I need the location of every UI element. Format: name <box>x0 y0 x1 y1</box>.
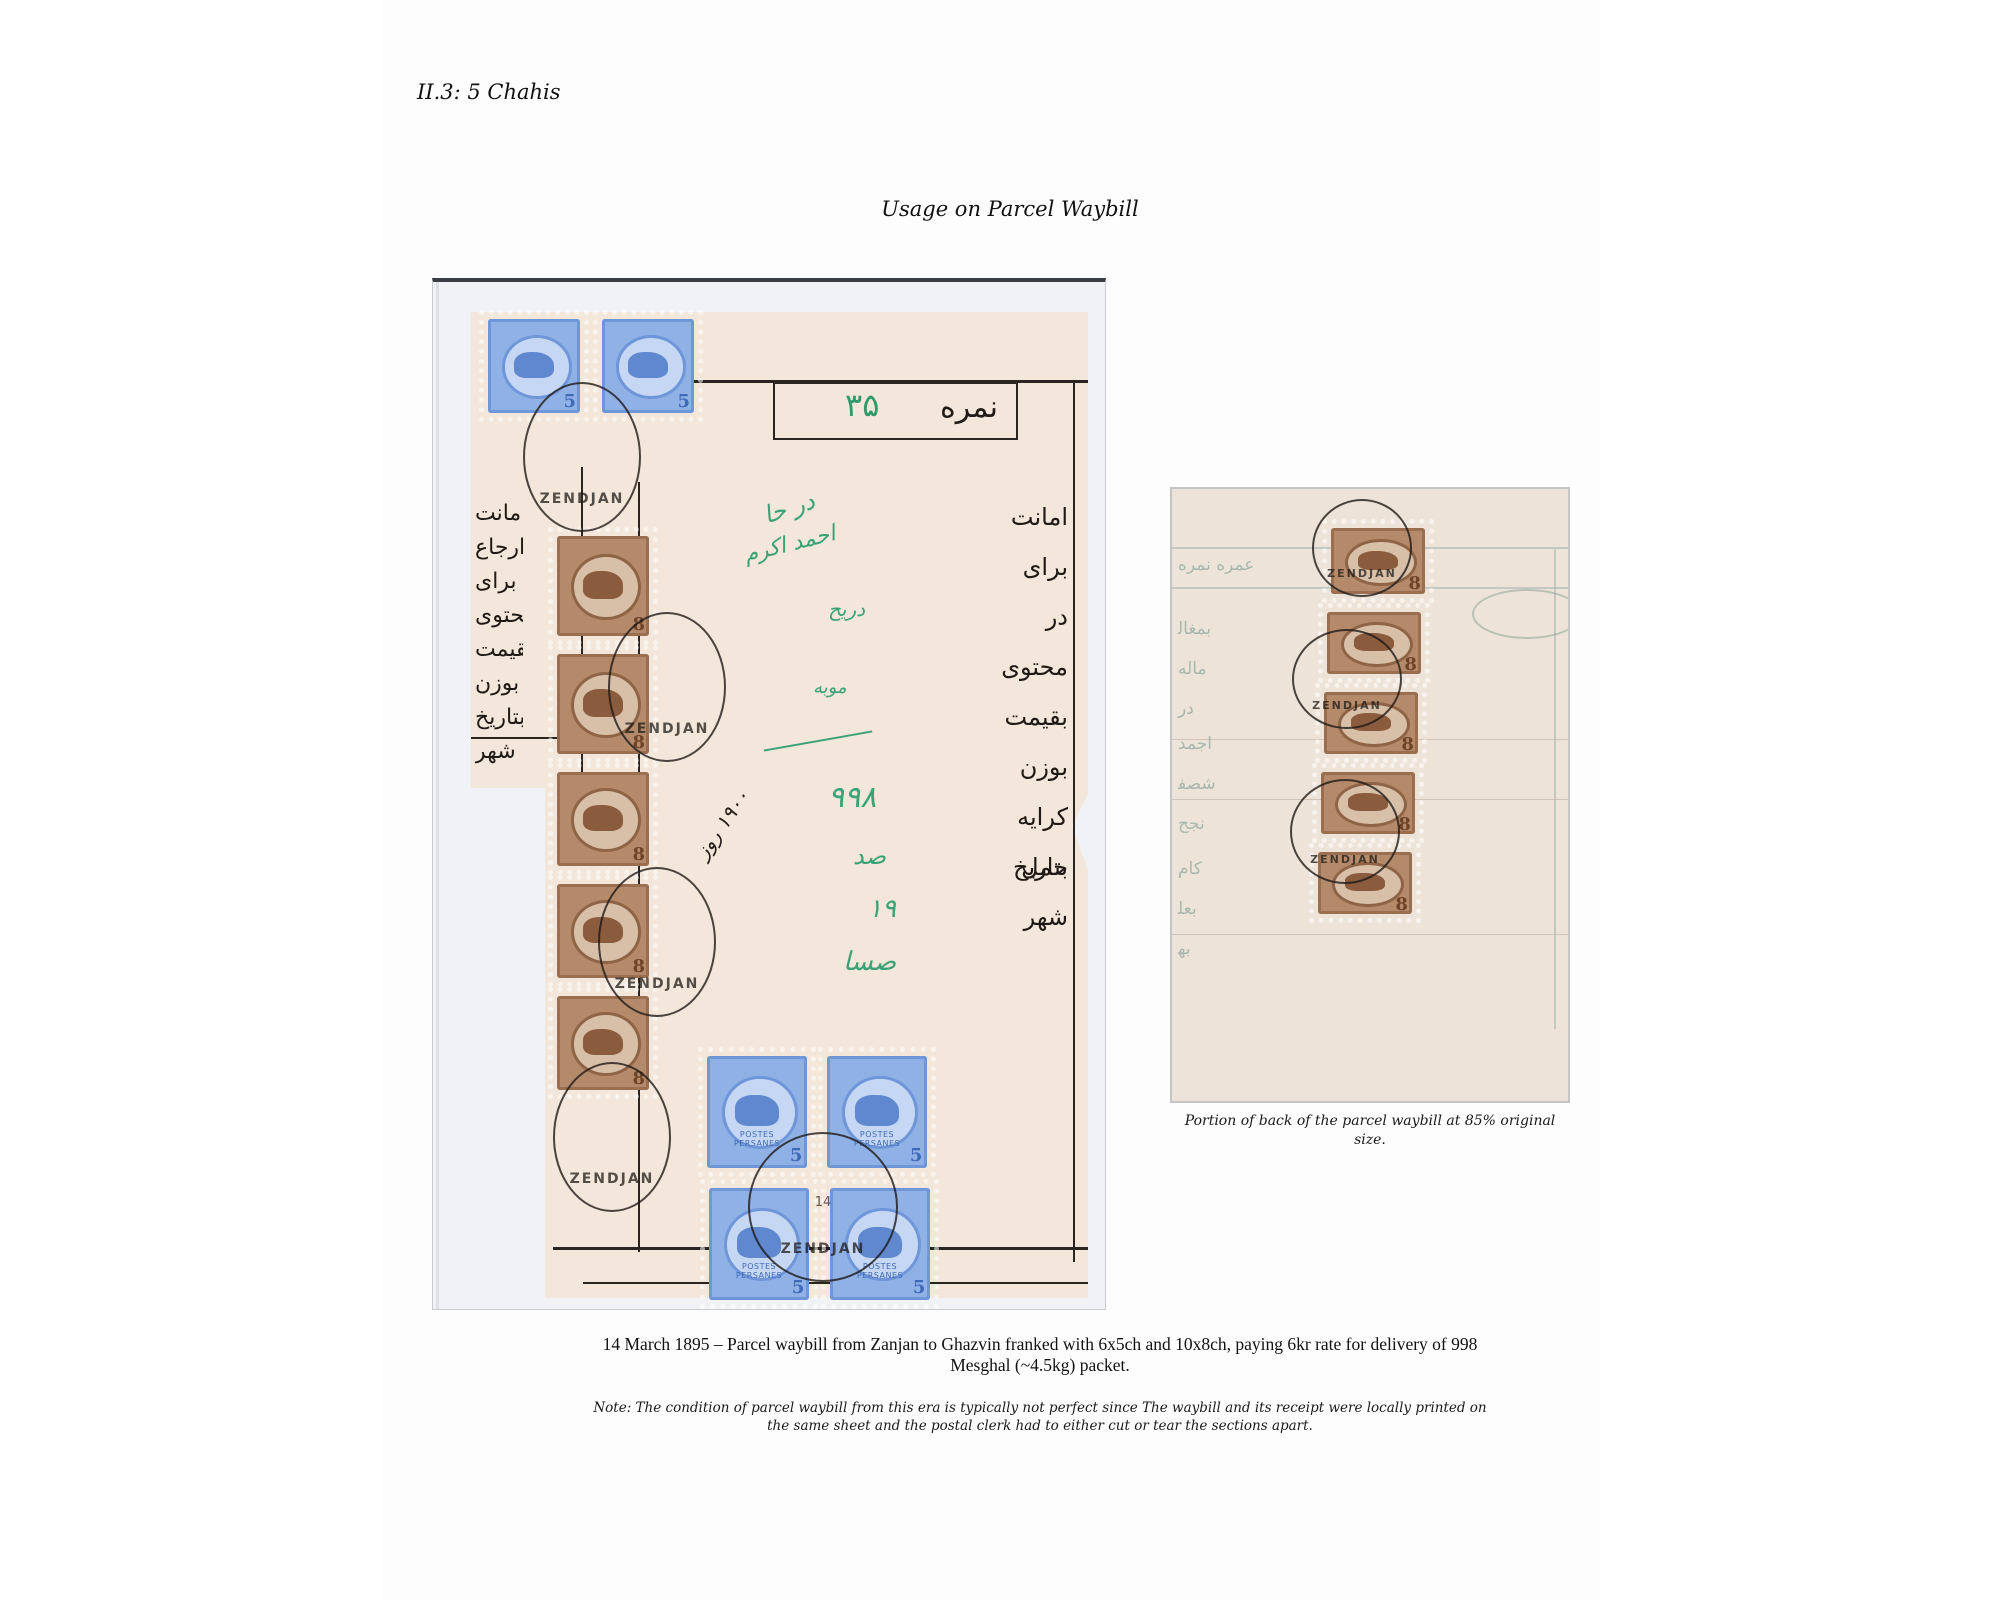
handwriting-green: ﺩﺭﻳﺢ <box>828 597 865 621</box>
faded-text: ﺷﺼﻔ <box>1178 774 1216 794</box>
postmark: ZENDJAN <box>1292 629 1402 729</box>
form-label: کرایه حمل <box>978 792 1068 842</box>
page-title: Usage on Parcel Waybill <box>0 197 2000 221</box>
stamp-8ch-brown: 8 <box>548 763 658 875</box>
form-label: برای <box>475 565 523 599</box>
form-labels-left: امانت ارجاع برای محتوی بقیمت بوزن بتاریخ… <box>475 497 523 769</box>
form-labels-right: امانت برای در محتوی بقیمت بوزن کرایه حمل… <box>978 492 1068 942</box>
faded-text: ﺍﺟﻤﺪ <box>1178 734 1212 754</box>
form-label: محتوی <box>978 642 1068 692</box>
form-label: بوزن <box>475 667 523 701</box>
section-heading: II.3: 5 Chahis <box>417 80 561 104</box>
form-label: برای <box>978 542 1068 592</box>
fee-handwritten: ﺻﺪ <box>853 842 886 870</box>
rule-right <box>1073 382 1075 1262</box>
postmark-faded <box>1472 589 1570 639</box>
postmark: 14 ZENDJAN <box>748 1132 898 1282</box>
postmark: ZENDJAN <box>523 382 641 532</box>
number-label: نمره <box>940 390 998 425</box>
faded-text: ﺩﺭ <box>1178 699 1194 719</box>
main-caption: 14 March 1895 – Parcel waybill from Zanj… <box>590 1334 1490 1376</box>
handwriting-green: ﺻﺴﺎ <box>843 947 896 977</box>
form-label: شهر <box>978 892 1068 942</box>
form-label: ارجاع <box>475 531 523 565</box>
waybill-number-box: نمره ۳۵ <box>773 382 1018 440</box>
form-label: در <box>978 592 1068 642</box>
lion-icon <box>583 805 623 832</box>
form-label: بقیمت <box>475 633 523 667</box>
faded-text: ﻣﺎﻟﻪ <box>1178 659 1207 679</box>
sleeve-edge <box>436 282 439 1309</box>
lion-icon <box>628 352 668 379</box>
lion-icon <box>583 571 623 599</box>
lion-icon <box>583 1029 623 1056</box>
lion-icon <box>855 1095 898 1126</box>
form-label: بتاریخ <box>475 701 523 735</box>
form-label: امانت <box>475 497 523 531</box>
postmark: ZENDJAN <box>1312 499 1412 597</box>
date-handwritten: ۱۹ <box>868 894 896 924</box>
faded-text: ﺑﻬ <box>1178 939 1191 959</box>
form-label: شهر <box>475 735 523 769</box>
lion-icon <box>514 352 554 379</box>
back-image-caption: Portion of back of the parcel waybill at… <box>1170 1112 1570 1150</box>
waybill-back-image: ﻋﻤﺮﻩ ﻧﻤﺮﻩ ﺑﻤﻐﺎﻟ ﻣﺎﻟﻪ ﺩﺭ ﺍﺟﻤﺪ ﺷﺼﻔ ﻧﺠﺢ ﻛﺎﻡ… <box>1170 487 1570 1103</box>
number-value: ۳۵ <box>845 386 879 424</box>
form-label: امانت <box>978 492 1068 542</box>
lion-icon <box>735 1095 778 1126</box>
faded-text: ﻛﺎﻡ <box>1178 859 1202 879</box>
weight-handwritten: ۹۹۸ <box>828 780 876 815</box>
form-label: بوزن <box>978 742 1068 792</box>
faded-text: ﻋﻤﺮﻩ ﻧﻤﺮﻩ <box>1178 555 1255 575</box>
handwriting-green: ﻣﻮﺑﻪ <box>813 677 847 698</box>
form-label: بقیمت <box>978 692 1068 742</box>
postmark: ZENDJAN <box>598 867 716 1017</box>
postmark: ZENDJAN <box>553 1062 671 1212</box>
form-label: بتاریخ <box>978 842 1068 892</box>
form-label: محتوی <box>475 599 523 633</box>
faded-text: ﻧﺠﺢ <box>1178 814 1205 834</box>
waybill-front-image: نمره ۳۵ امانت برای در محتوی بقیمت بوزن ک… <box>432 278 1106 1310</box>
paper-fold <box>1172 934 1568 935</box>
postmark: ZENDJAN <box>1290 779 1400 884</box>
faded-text: ﺑﻌﻠ <box>1178 899 1197 919</box>
faded-text: ﺑﻤﻐﺎﻟ <box>1178 619 1211 639</box>
postmark: ZENDJAN <box>608 612 726 762</box>
note: Note: The condition of parcel waybill fr… <box>590 1399 1490 1435</box>
